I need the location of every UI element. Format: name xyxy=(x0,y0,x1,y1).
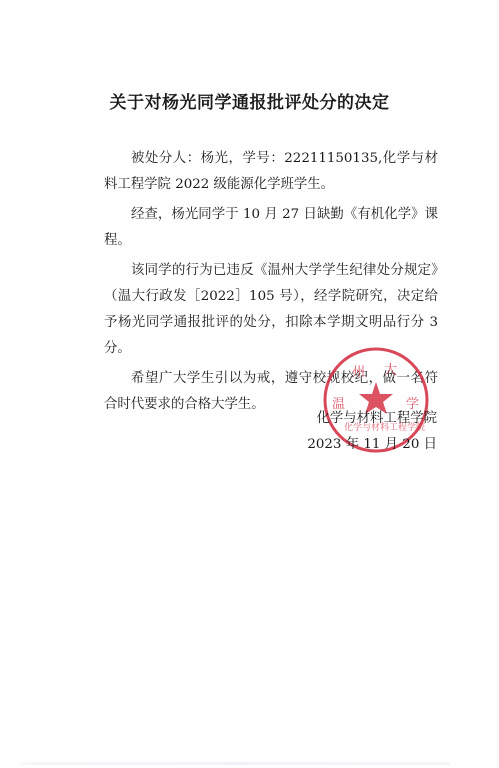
signature-date: 2023 年 11 月 20 日 xyxy=(307,432,437,458)
document-title: 关于对杨光同学通报批评处分的决定 xyxy=(0,88,499,113)
paragraph-subject: 被处分人：杨光，学号：22211150135,化学与材料工程学院 2022 级能… xyxy=(104,146,438,198)
seal-top-text-left: 州 xyxy=(352,365,365,380)
signature-block: 化学与材料工程学院 2023 年 11 月 20 日 xyxy=(307,406,437,458)
signature-organization: 化学与材料工程学院 xyxy=(307,406,437,432)
scan-edge xyxy=(20,762,450,765)
paragraph-finding: 经查，杨光同学于 10 月 27 日缺勤《有机化学》课程。 xyxy=(104,202,438,254)
seal-top-text-right: 大 xyxy=(384,362,397,378)
